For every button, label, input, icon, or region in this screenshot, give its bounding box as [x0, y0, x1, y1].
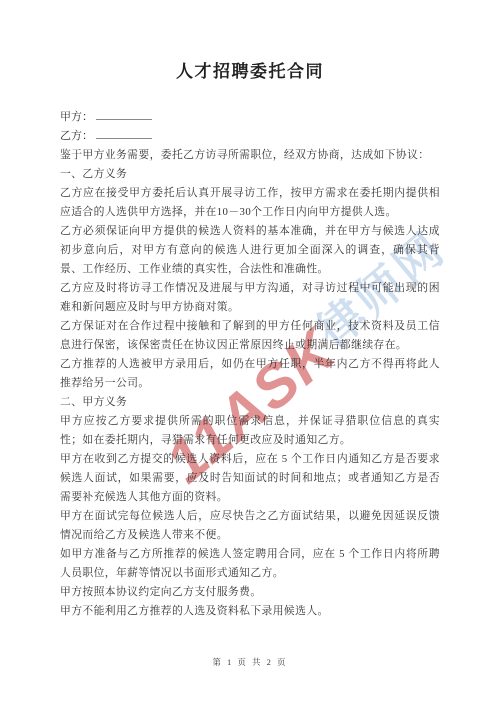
page-footer: 第 1 页 共 2 页: [0, 656, 500, 668]
paragraph: 乙方应在接受甲方委托后认真开展寻访工作，按甲方需求在委托期内提供相应适合的人选供…: [60, 184, 440, 222]
paragraph: 乙方必须保证向甲方提供的候选人资料的基本准确，并在甲方与候选人达成初步意向后，对…: [60, 222, 440, 279]
section-heading-party-b-obligations: 一、乙方义务: [60, 165, 440, 184]
paragraph: 甲方在面试完每位候选人后，应尽快告之乙方面试结果，以避免因延误反馈情况而给乙方及…: [60, 507, 440, 545]
paragraph-preamble: 鉴于甲方业务需要，委托乙方访寻所需职位，经双方协商，达成如下协议：: [60, 146, 440, 165]
party-a-label: 甲方：: [60, 111, 93, 123]
paragraph: 甲方不能利用乙方推荐的人选及资料私下录用候选人。: [60, 602, 440, 621]
document-title: 人才招聘委托合同: [0, 0, 500, 84]
paragraph: 乙方推荐的人选被甲方录用后，如仍在甲方任职，半年内乙方不得再将此人推荐给另一公司…: [60, 355, 440, 393]
party-a-blank: [96, 109, 152, 120]
section-heading-party-a-obligations: 二、甲方义务: [60, 393, 440, 412]
party-b-line: 乙方：: [60, 127, 440, 146]
parties-block: 甲方： 乙方：: [60, 108, 440, 146]
paragraph: 乙方应及时将访寻工作情况及进展与甲方沟通，对寻访过程中可能出现的困难和新问题应及…: [60, 279, 440, 317]
contract-page: 11ASK律师网 人才招聘委托合同 甲方： 乙方： 鉴于甲方业务需要，委托乙方访…: [0, 0, 500, 706]
paragraph: 如甲方准备与乙方所推荐的候选人签定聘用合同，应在 5 个工作日内将所聘人员职位，…: [60, 545, 440, 583]
party-b-blank: [96, 128, 152, 139]
paragraph: 甲方在收到乙方提交的候选人资料后，应在 5 个工作日内通知乙方是否要求候选人面试…: [60, 450, 440, 507]
paragraph: 乙方保证对在合作过程中接触和了解到的甲方任何商业，技术资料及员工信息进行保密，该…: [60, 317, 440, 355]
paragraph: 甲方应按乙方要求提供所需的职位需求信息，并保证寻猎职位信息的真实性；如在委托期内…: [60, 412, 440, 450]
contract-body: 鉴于甲方业务需要，委托乙方访寻所需职位，经双方协商，达成如下协议： 一、乙方义务…: [60, 146, 440, 621]
party-a-line: 甲方：: [60, 108, 440, 127]
paragraph: 甲方按照本协议约定向乙方支付服务费。: [60, 583, 440, 602]
party-b-label: 乙方：: [60, 130, 93, 142]
